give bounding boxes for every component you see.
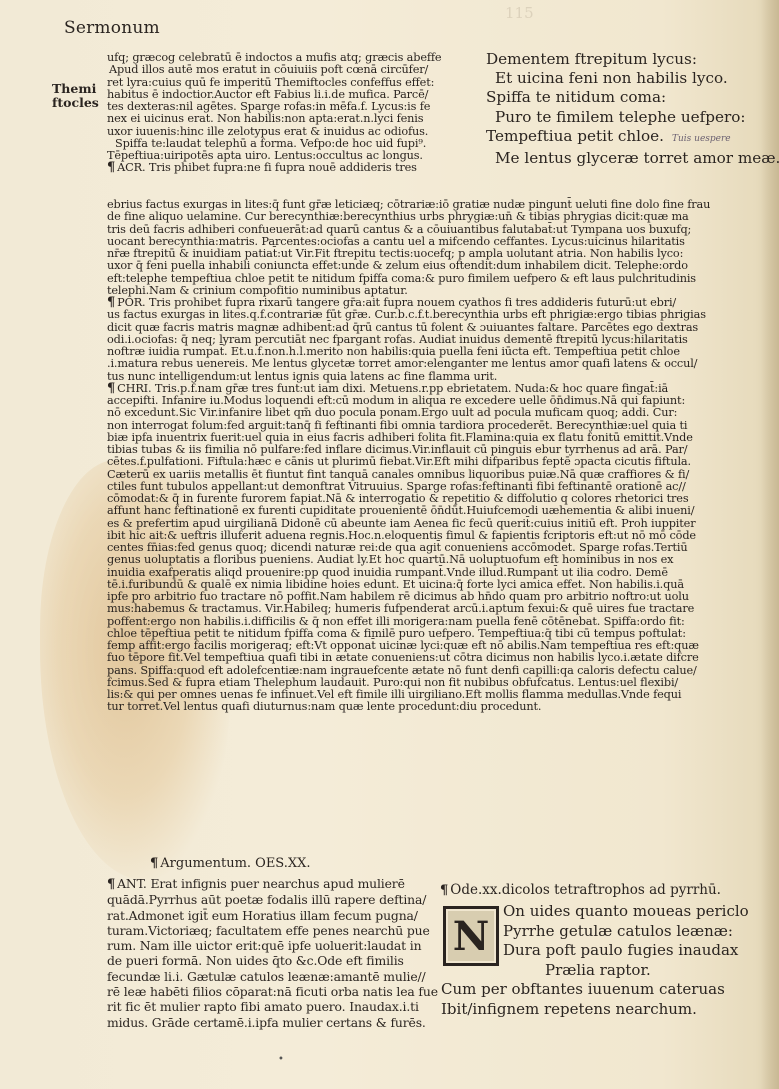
bleed-through-page-number: 115 — [505, 4, 534, 22]
text-line: rit fic ēt mulier rapto fibi amato puero… — [107, 999, 437, 1014]
text-line: rum. Nam ille uictor erit:quē ipfe uolue… — [107, 938, 437, 953]
text-line: fecundæ li.i. Gætulæ catulos leænæ:amant… — [107, 969, 437, 984]
text-line: affunt hanc feftinationē ex furenti cupi… — [107, 505, 755, 517]
text-line: rat.Admonet igit̄ eum Horatius illam fec… — [107, 908, 437, 923]
ode-heading-text: Ode.xx.dicolos tetraftrophos ad pyrrhū. — [450, 882, 721, 898]
ode-line: On uides quanto moueas periclo — [441, 902, 749, 922]
pilcrow-icon: ¶ — [107, 160, 115, 175]
margin-note-line: ftocles — [52, 96, 99, 110]
text-line: .i.matura rebus uenereis. Me lentus glyc… — [107, 358, 755, 370]
pilcrow-icon: ¶ — [150, 856, 158, 871]
argument-text: Argumentum. OES.XX. — [160, 856, 310, 871]
text-line: us factus exurgas in lites.q.f.contrariæ… — [107, 309, 755, 321]
text-line: rē leæ habēti filios cōparat:nā ficuti o… — [107, 984, 437, 999]
text-line: poffent:ergo non habilis.i.difficilis & … — [107, 616, 755, 628]
text-line: cētes.f.pulfationi. Fiftula:hæc e cānis … — [107, 456, 755, 468]
commentary-wide: ebrius factus exurgas in lites:q̄ funt g… — [107, 199, 755, 714]
text-line: ¶ACR. Tris phibet fupra:ne fi fupra nouē… — [107, 162, 479, 174]
text-line: fuo tēpore fit.Vel tempeftiua quafi tibi… — [107, 652, 755, 664]
text-span: CHRI. Tris.p.f.nam gr̄æ tres funt:ut iam… — [117, 382, 668, 395]
text-line: de pueri formā. Non uides q̄to &c.Ode ef… — [107, 953, 437, 968]
text-line: midus. Grāde certamē.i.ipfa mulier certa… — [107, 1015, 437, 1030]
verse-line: Spiffa te nitidum coma: — [486, 88, 779, 107]
ode-heading: ¶Ode.xx.dicolos tetraftrophos ad pyrrhū. — [440, 882, 721, 898]
text-line: de fine aliquo uelamine. Cur berecynthiæ… — [107, 211, 755, 223]
text-line: nō excedunt.Sic Vir.infanire libet qm̄ d… — [107, 407, 755, 419]
verse-block: Dementem ftrepitum lycus: Et uicina feni… — [486, 50, 779, 168]
pilcrow-icon: ¶ — [440, 883, 448, 898]
ode-line: Prælia raptor. — [441, 961, 749, 981]
text-line: tris deū facris adhiberi confueuerāt:ad … — [107, 224, 755, 236]
verse-text: Tempeftiua petit chloe. — [486, 127, 664, 145]
margin-note: Themi ftocles — [52, 82, 99, 110]
text-line: inuidia exafperatis aliqd prouenire:pp q… — [107, 567, 755, 579]
pilcrow-icon: ¶ — [107, 877, 115, 892]
ode-verse: On uides quanto moueas periclo Pyrrhe ge… — [441, 902, 749, 1020]
argument-heading: ¶Argumentum. OES.XX. — [150, 856, 311, 871]
text-line: quādā.Pyrrhus aūt poetæ fodalis illū rap… — [107, 892, 437, 907]
text-line: nex ei uicinus erat. Non habilis:non apt… — [107, 113, 479, 125]
text-line: non interrogat folum:fed arguit:tanq̄ fi… — [107, 420, 755, 432]
signature-mark: • — [278, 1054, 284, 1065]
ode-line: Dura poft paulo fugies inaudax — [441, 941, 749, 961]
ode-line: Ibit/infignem repetens nearchum. — [441, 1000, 749, 1020]
verse-line: Me lentus glyceræ torret amor meæ. — [486, 149, 779, 168]
text-line: ret lyra:cuius quū fe imperitū Themiftoc… — [107, 77, 479, 89]
ode-line: Cum per obftantes iuuenum cateruas — [441, 980, 749, 1000]
text-line: Apud illos autē mos eratut in cōuiuiis p… — [107, 64, 479, 76]
commentary-top: ufq; græcog celebratū ē indoctos a mufis… — [107, 52, 479, 175]
verse-line: Puro te fimilem telephe uefpero: — [486, 108, 779, 127]
text-span: ACR. Tris phibet fupra:ne fi fupra nouē … — [117, 161, 417, 174]
text-line: dicit quæ facris matris magnæ adhibent̄:… — [107, 322, 755, 334]
text-line: turam.Victoriæq; facultatem effe penes n… — [107, 923, 437, 938]
text-line: tur torret.Vel lentus quafi diuturnus:na… — [107, 701, 755, 713]
text-line: uxor q̄ feni puella inhabili coniuncta e… — [107, 260, 755, 272]
text-span: POR. Tris prohibet fupra rixarū tangere … — [117, 296, 676, 309]
text-line: mus:habemus & tractamus. Vir.Habileq; hu… — [107, 603, 755, 615]
text-line: Cæterū ex uariis metallis ēt fiuntut fin… — [107, 469, 755, 481]
commentary-bottom: ¶ANT. Erat infignis puer nearchus apud m… — [107, 876, 437, 1030]
text-line: uxor iuuenis:hinc ille zelotypus erat & … — [107, 126, 479, 138]
verse-line: Et uicina feni non habilis lyco. — [486, 69, 779, 88]
text-line: eft:telephe tempeftiua chloe petit te ni… — [107, 273, 755, 285]
verse-line: Dementem ftrepitum lycus: — [486, 50, 779, 69]
handwritten-gloss: Tuis uespere — [672, 134, 731, 144]
ode-line: Pyrrhe getulæ catulos leænæ: — [441, 922, 749, 942]
margin-note-line: Themi — [52, 82, 99, 96]
text-line: ¶ANT. Erat infignis puer nearchus apud m… — [107, 876, 437, 892]
text-line: genus uoluptatis a floribus pueniens. Au… — [107, 554, 755, 566]
verse-line: Tempeftiua petit chloe.Tuis uespere — [486, 127, 779, 149]
text-line: es & prefertim apud uirgilianā Didonē cū… — [107, 518, 755, 530]
running-head: Sermonum — [64, 18, 160, 38]
text-span: ANT. Erat infignis puer nearchus apud mu… — [117, 876, 405, 891]
text-line: pans. Spiffa:quod eft adolefcentiæ:nam i… — [107, 665, 755, 677]
